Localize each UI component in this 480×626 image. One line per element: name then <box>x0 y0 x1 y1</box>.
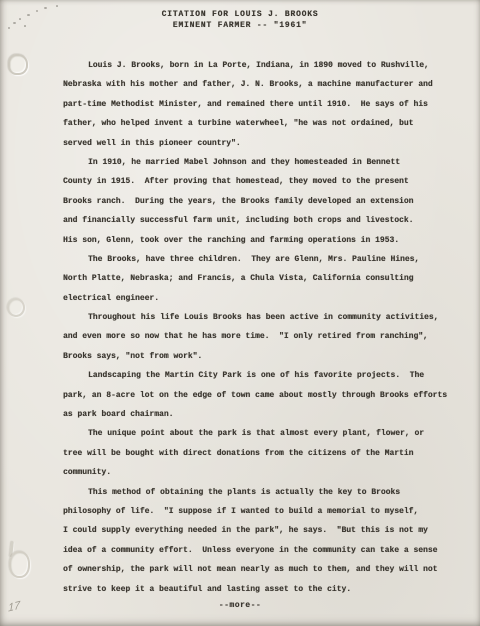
paragraph: In 1910, he married Mabel Johnson and th… <box>63 153 465 250</box>
text-line: electrical engineer. <box>63 289 465 308</box>
document-title: CITATION FOR LOUIS J. BROOKS EMINENT FAR… <box>0 9 480 31</box>
text-line: The unique point about the park is that … <box>63 424 465 443</box>
text-line: tree will be bought with direct donation… <box>63 444 465 463</box>
binder-ring-mark-top <box>8 54 28 75</box>
paragraph: This method of obtaining the plants is a… <box>63 483 465 599</box>
handwritten-page-note: 17 <box>8 599 20 614</box>
text-line: of ownership, the park will not mean nea… <box>63 560 465 579</box>
text-line: part-time Methodist Minister, and remain… <box>63 95 465 114</box>
text-line: park, an 8-acre lot on the edge of town … <box>63 386 465 405</box>
text-line: as park board chairman. <box>63 405 465 424</box>
text-line: served well in this pioneer country". <box>63 134 465 153</box>
title-line-1: CITATION FOR LOUIS J. BROOKS <box>0 9 480 20</box>
binder-ring-mark-bottom <box>9 551 30 578</box>
paragraph: The unique point about the park is that … <box>63 424 465 482</box>
text-line: and even more so now that he has more ti… <box>63 327 465 346</box>
text-line: I could supply everything needed in the … <box>63 521 465 540</box>
text-line: This method of obtaining the plants is a… <box>63 483 465 502</box>
text-line: Brooks says, "not from work". <box>63 347 465 366</box>
text-line: strive to keep it a beautiful and lastin… <box>63 580 465 599</box>
text-line: North Platte, Nebraska; and Francis, a C… <box>63 269 465 288</box>
text-line: and financially successful farm unit, in… <box>63 211 465 230</box>
text-line: Brooks ranch. During the years, the Broo… <box>63 192 465 211</box>
document-body: Louis J. Brooks, born in La Porte, India… <box>63 56 465 599</box>
text-line: Louis J. Brooks, born in La Porte, India… <box>63 56 465 75</box>
text-line: His son, Glenn, took over the ranching a… <box>63 231 465 250</box>
binder-ring-mark-middle <box>7 298 25 317</box>
title-line-2: EMINENT FARMER -- "1961" <box>0 20 480 31</box>
text-line: In 1910, he married Mabel Johnson and th… <box>63 153 465 172</box>
text-line: County in 1915. After proving that homes… <box>63 172 465 191</box>
paragraph: Landscaping the Martin City Park is one … <box>63 366 465 424</box>
text-line: Nebraska with his mother and father, J. … <box>63 75 465 94</box>
paragraph: The Brooks, have three children. They ar… <box>63 250 465 308</box>
scanned-document-page: CITATION FOR LOUIS J. BROOKS EMINENT FAR… <box>0 0 480 626</box>
text-line: father, who helped invent a turbine wate… <box>63 114 465 133</box>
paragraph: Throughout his life Louis Brooks has bee… <box>63 308 465 366</box>
text-line: community. <box>63 463 465 482</box>
text-line: Throughout his life Louis Brooks has bee… <box>63 308 465 327</box>
paragraph: Louis J. Brooks, born in La Porte, India… <box>63 56 465 153</box>
text-line: philosophy of life. "I suppose if I want… <box>63 502 465 521</box>
more-marker: --more-- <box>0 601 480 610</box>
text-line: Landscaping the Martin City Park is one … <box>63 366 465 385</box>
text-line: The Brooks, have three children. They ar… <box>63 250 465 269</box>
text-line: idea of a community effort. Unless every… <box>63 541 465 560</box>
